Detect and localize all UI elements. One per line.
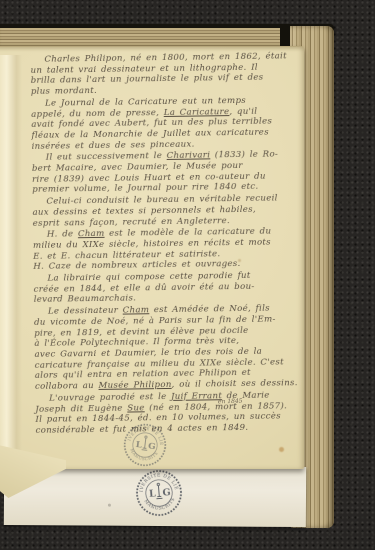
- svg-text:L: L: [135, 440, 142, 451]
- svg-text:G: G: [162, 487, 171, 499]
- interline-note: en 1845: [218, 399, 243, 406]
- screenshot-root: UNIVERSITÉ DE LIÈGE MANUSCRITS L G Charl…: [0, 0, 375, 550]
- notebook: UNIVERSITÉ DE LIÈGE MANUSCRITS L G Charl…: [0, 24, 334, 532]
- library-stamp-icon: UNIVERSITÉ DE LIÈGE MANUSCRITS L G: [131, 465, 187, 521]
- speck: [108, 504, 111, 507]
- manuscript-paragraph: La librairie qui compose cette parodie f…: [33, 270, 297, 306]
- library-stamp-upper: UNIVERSITÉ DE LIÈGE MANUSCRITS L G: [118, 418, 171, 471]
- manuscript-paragraph: Charles Philipon, né en 1800, mort en 18…: [30, 51, 295, 97]
- page-crease-highlight: [0, 55, 22, 460]
- svg-text:G: G: [147, 441, 156, 452]
- manuscript-paragraph: H. de Cham est le modèle de la caricatur…: [33, 226, 298, 272]
- svg-text:MANUSCRITS: MANUSCRITS: [142, 497, 177, 513]
- perron-emblem-icon: [155, 484, 162, 498]
- svg-text:L: L: [149, 488, 157, 500]
- foxing-spot: [279, 447, 284, 452]
- manuscript-paragraph: Celui-ci conduisit le bureau en véritabl…: [32, 193, 296, 229]
- manuscript-paragraph: Le dessinateur Cham est Amédée de Noé, f…: [34, 303, 299, 392]
- manuscript-page: Charles Philipon, né en 1800, mort en 18…: [0, 46, 304, 469]
- library-stamp-icon: UNIVERSITÉ DE LIÈGE MANUSCRITS L G: [118, 418, 171, 471]
- manuscript-paragraph: Le Journal de la Caricature eut un temps…: [31, 95, 296, 152]
- library-stamp-lower: UNIVERSITÉ DE LIÈGE MANUSCRITS L G: [131, 465, 187, 521]
- handwriting-block: Charles Philipon, né en 1800, mort en 18…: [30, 51, 299, 437]
- manuscript-paragraph: Il eut successivement le Charivari (1833…: [32, 149, 297, 195]
